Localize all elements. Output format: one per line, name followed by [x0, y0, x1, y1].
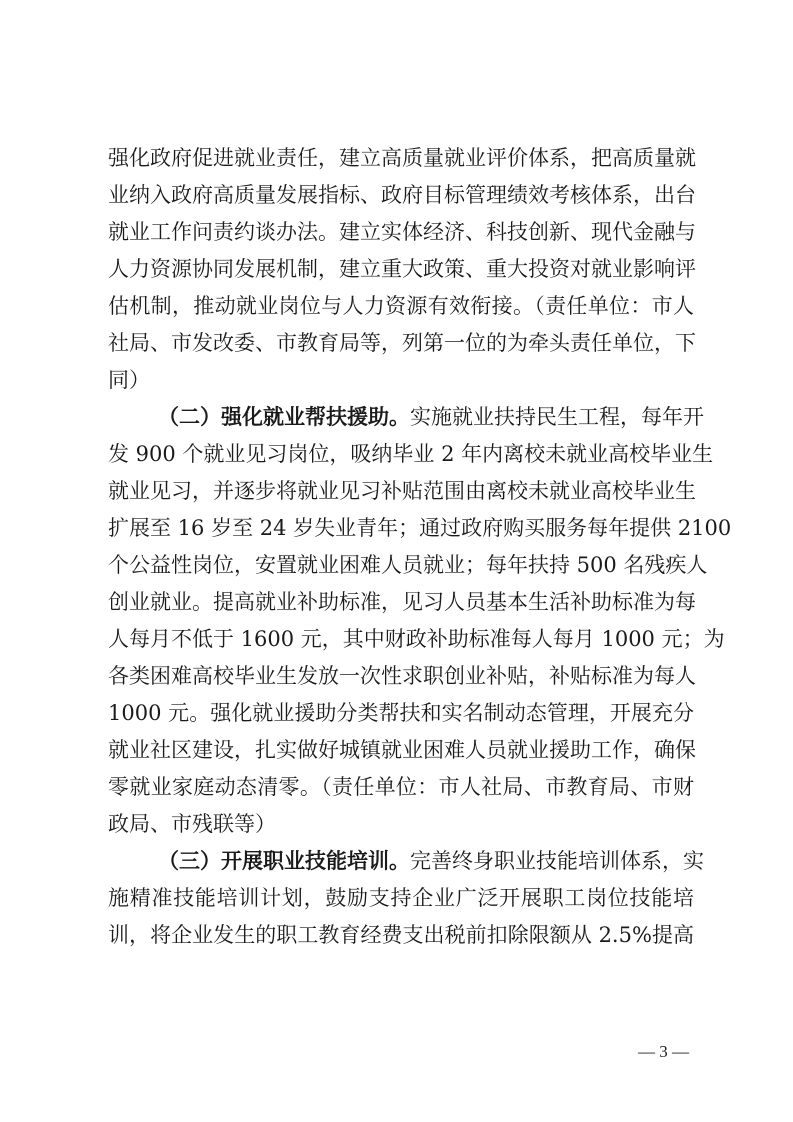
text-line: 创业就业。提高就业补助标准，见习人员基本生活补助标准为每 [108, 584, 694, 621]
text-line: 就业工作问责约谈办法。建立实体经济、科技创新、现代金融与 [108, 214, 694, 251]
text-line: 训，将企业发生的职工教育经费支出税前扣除限额从 2.5%提高 [108, 917, 694, 954]
section-heading-3: （三）开展职业技能培训。 [158, 849, 410, 873]
text-line-first: （三）开展职业技能培训。完善终身职业技能培训体系，实 [108, 843, 694, 880]
text-run: 实施就业扶持民生工程，每年开 [410, 405, 704, 429]
text-line: 强化政府促进就业责任，建立高质量就业评价体系，把高质量就 [108, 140, 694, 177]
paragraph-1: 强化政府促进就业责任，建立高质量就业评价体系，把高质量就 业纳入政府高质量发展指… [108, 140, 694, 399]
text-line: 就业见习，并逐步将就业见习补贴范围由离校未就业高校毕业生 [108, 473, 694, 510]
text-line: 个公益性岗位，安置就业困难人员就业；每年扶持 500 名残疾人 [108, 547, 694, 584]
page-number: — 3 — [638, 1042, 689, 1062]
text-line: 政局、市残联等） [108, 806, 694, 843]
text-line: 人每月不低于 1600 元，其中财政补助标准每人每月 1000 元；为 [108, 621, 694, 658]
document-page: 强化政府促进就业责任，建立高质量就业评价体系，把高质量就 业纳入政府高质量发展指… [0, 0, 793, 1122]
text-line: 就业社区建设，扎实做好城镇就业困难人员就业援助工作，确保 [108, 732, 694, 769]
text-line: 估机制，推动就业岗位与人力资源有效衔接。（责任单位：市人 [108, 288, 694, 325]
text-line-first: （二）强化就业帮扶援助。实施就业扶持民生工程，每年开 [108, 399, 694, 436]
paragraph-2: （二）强化就业帮扶援助。实施就业扶持民生工程，每年开 发 900 个就业见习岗位… [108, 399, 694, 843]
paragraph-3: （三）开展职业技能培训。完善终身职业技能培训体系，实 施精准技能培训计划，鼓励支… [108, 843, 694, 954]
section-heading-2: （二）强化就业帮扶援助。 [158, 405, 410, 429]
body-text: 强化政府促进就业责任，建立高质量就业评价体系，把高质量就 业纳入政府高质量发展指… [108, 140, 694, 954]
text-line: 社局、市发改委、市教育局等，列第一位的为牵头责任单位，下 [108, 325, 694, 362]
text-line: 施精准技能培训计划，鼓励支持企业广泛开展职工岗位技能培 [108, 880, 694, 917]
text-line: 业纳入政府高质量发展指标、政府目标管理绩效考核体系，出台 [108, 177, 694, 214]
text-line: 零就业家庭动态清零。（责任单位：市人社局、市教育局、市财 [108, 769, 694, 806]
text-line: 人力资源协同发展机制，建立重大政策、重大投资对就业影响评 [108, 251, 694, 288]
text-line: 同） [108, 362, 694, 399]
text-line: 1000 元。强化就业援助分类帮扶和实名制动态管理，开展充分 [108, 695, 694, 732]
text-line: 扩展至 16 岁至 24 岁失业青年；通过政府购买服务每年提供 2100 [108, 510, 694, 547]
text-run: 完善终身职业技能培训体系，实 [410, 849, 704, 873]
text-line: 发 900 个就业见习岗位，吸纳毕业 2 年内离校未就业高校毕业生 [108, 436, 694, 473]
text-line: 各类困难高校毕业生发放一次性求职创业补贴，补贴标准为每人 [108, 658, 694, 695]
